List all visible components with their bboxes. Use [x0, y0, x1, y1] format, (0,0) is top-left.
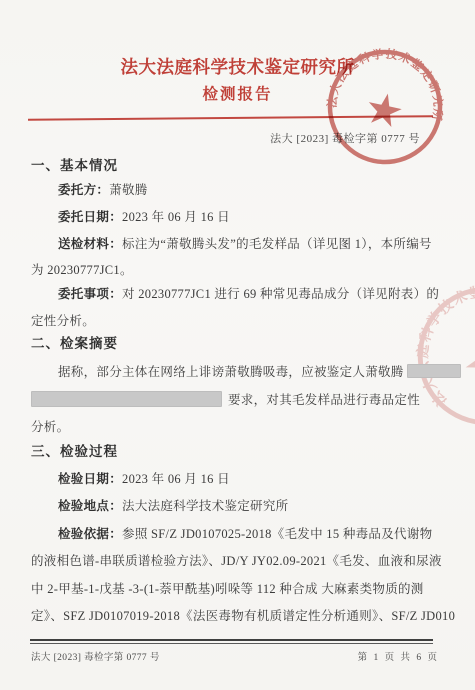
footer-page-info: 第 1 页 共 6 页 — [358, 649, 439, 663]
field-commission-date-label: 委托日期： — [58, 210, 122, 224]
field-exam-date-value: 2023 年 06 月 16 日 — [122, 472, 230, 486]
field-task-text1: 对 20230777JC1 进行 69 种常见毒品成分（详见附表）的 — [122, 287, 439, 301]
field-task-line2: 定性分析。 — [31, 312, 95, 330]
field-client: 委托方：萧敬腾 — [58, 181, 148, 199]
field-material-text1: 标注为“萧敬腾头发”的毛发样品（详见图 1），本所编号 — [122, 237, 432, 251]
summary-line2-text: 要求，对其毛发样品进行毒品定性 — [228, 393, 420, 407]
summary-line3: 分析。 — [31, 418, 69, 436]
section-heading-basic-info: 一、基本情况 — [31, 156, 118, 175]
field-basis-text1: 参照 SF/Z JD0107025-2018《毛发中 15 种毒品及代谢物 — [122, 527, 432, 541]
field-material-label: 送检材料： — [58, 237, 122, 251]
field-basis-line4: 定》、SFZ JD0107019-2018《法医毒物有机质谱定性分析通则》、SF… — [31, 607, 455, 625]
field-exam-place-label: 检验地点： — [58, 499, 122, 513]
field-task-label: 委托事项： — [58, 287, 122, 301]
field-client-value: 萧敬腾 — [109, 183, 147, 197]
field-exam-date-label: 检验日期： — [58, 472, 122, 486]
section-heading-case-summary: 二、检案摘要 — [31, 334, 118, 353]
letterhead-divider-rule — [28, 115, 433, 121]
field-basis-label: 检验依据： — [58, 527, 122, 541]
field-task-line1: 委托事项：对 20230777JC1 进行 69 种常见毒品成分（详见附表）的 — [58, 285, 439, 303]
report-title: 检测报告 — [0, 84, 475, 106]
summary-line2: 要求，对其毛发样品进行毒品定性 — [31, 391, 420, 409]
field-basis-line2: 的液相色谱-串联质谱检验方法》、JD/Y JY02.09-2021《毛发、血液和… — [31, 552, 442, 570]
field-basis-line3: 中 2-甲基-1-戊基 -3-(1-萘甲酰基)吲哚等 112 种合成 大麻素类物… — [31, 580, 424, 598]
redaction-box — [407, 364, 461, 378]
field-basis-line1: 检验依据：参照 SF/Z JD0107025-2018《毛发中 15 种毒品及代… — [58, 525, 432, 543]
summary-line1-text: 据称，部分主体在网络上诽谤萧敬腾吸毒，应被鉴定人萧敬腾 — [58, 365, 404, 379]
field-commission-date-value: 2023 年 06 月 16 日 — [122, 210, 230, 224]
field-exam-date: 检验日期：2023 年 06 月 16 日 — [58, 470, 230, 488]
section-heading-exam-process: 三、检验过程 — [31, 442, 118, 461]
scanned-report-page: 法大法庭科学技术鉴定研究所 检测报告 法大 [2023] 毒检字第 0777 号… — [0, 0, 475, 690]
footer-document-number: 法大 [2023] 毒检字第 0777 号 — [31, 649, 160, 663]
field-material-line1: 送检材料：标注为“萧敬腾头发”的毛发样品（详见图 1），本所编号 — [58, 235, 432, 253]
field-client-label: 委托方： — [58, 183, 109, 197]
field-exam-place: 检验地点：法大法庭科学技术鉴定研究所 — [58, 497, 288, 515]
field-exam-place-value: 法大法庭科学技术鉴定研究所 — [122, 499, 288, 513]
field-commission-date: 委托日期：2023 年 06 月 16 日 — [58, 208, 230, 226]
org-name-title: 法大法庭科学技术鉴定研究所 — [0, 54, 475, 80]
redaction-box — [31, 391, 222, 407]
field-material-line2: 为 20230777JC1。 — [31, 261, 133, 279]
document-number: 法大 [2023] 毒检字第 0777 号 — [270, 131, 420, 147]
footer-divider-rule — [30, 639, 433, 644]
summary-line1: 据称，部分主体在网络上诽谤萧敬腾吸毒，应被鉴定人萧敬腾 — [58, 363, 461, 381]
